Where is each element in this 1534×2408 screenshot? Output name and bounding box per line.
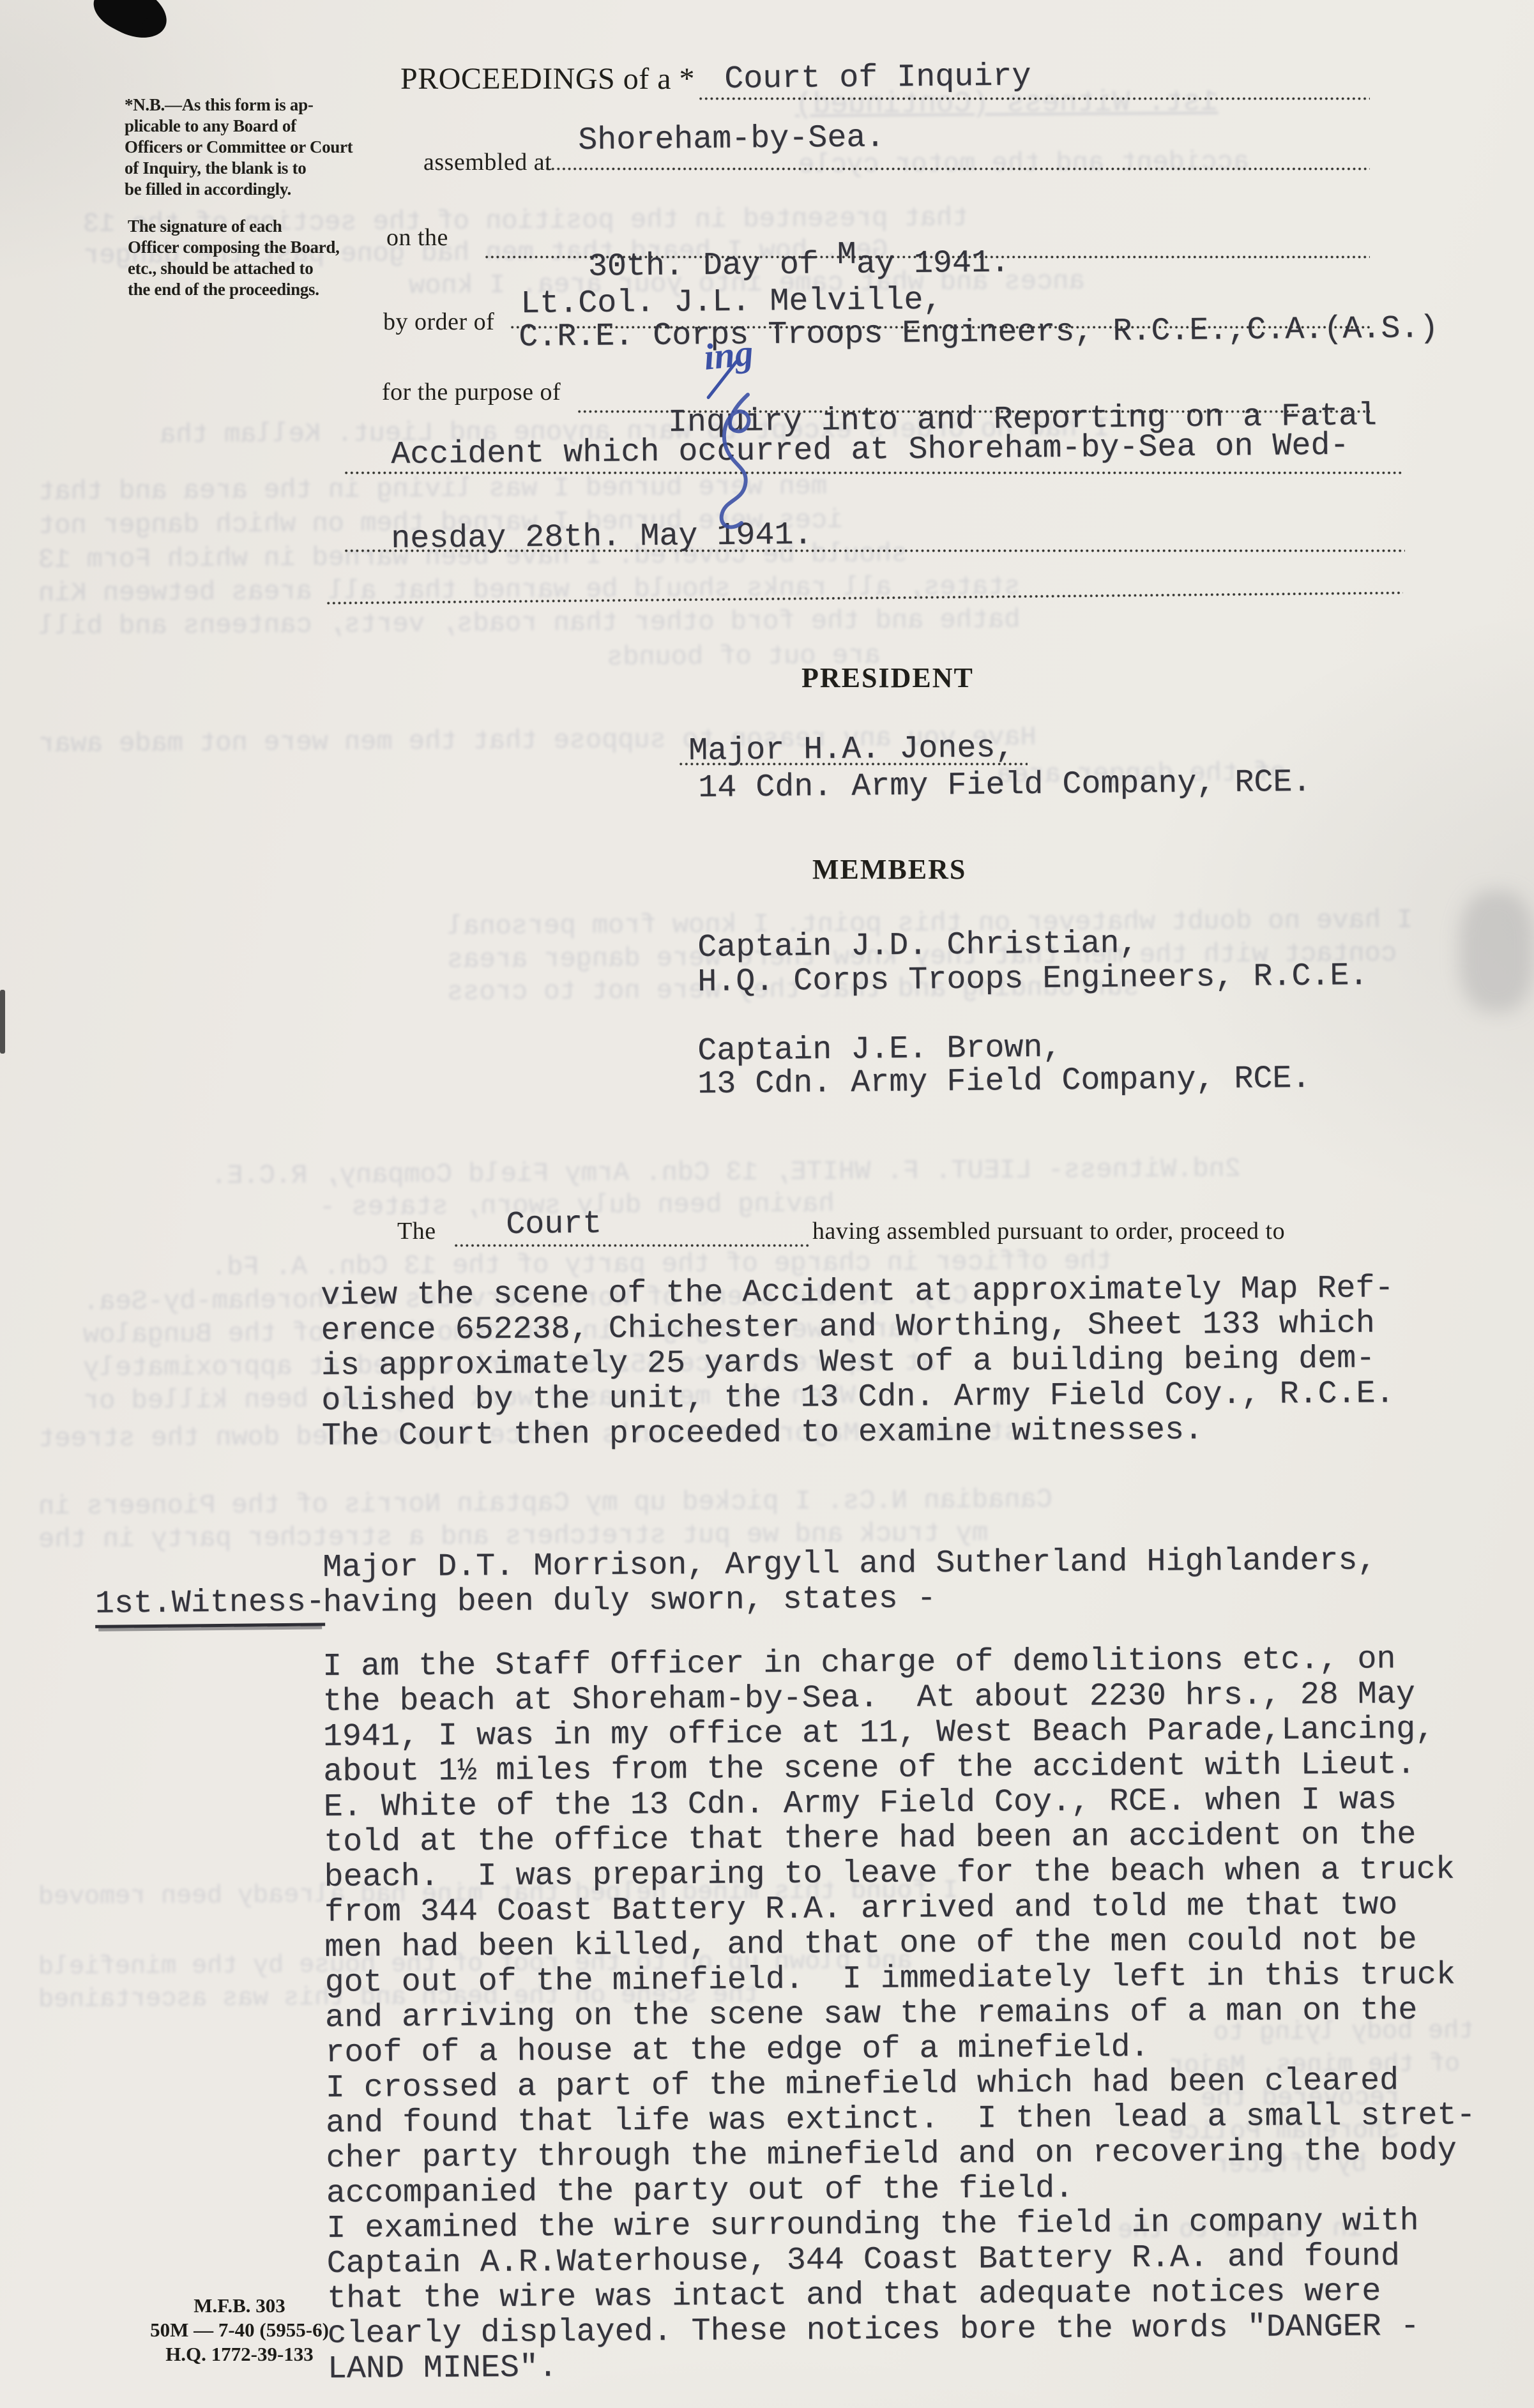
text-line: olished by the unit, the 13 Cdn. Army Fi… — [321, 1376, 1395, 1419]
text-line: M.F.B. 303 — [131, 2294, 348, 2318]
dotted-rule-assembled — [546, 167, 1370, 170]
text-line: having been duly sworn, states - — [323, 1578, 1377, 1621]
text-line: etc., should be attached to — [128, 258, 421, 279]
text-line: The signature of each — [128, 216, 421, 237]
nb-margin-note: *N.B.—As this form is ap-plicable to any… — [125, 95, 418, 200]
typed-assembled-location: Shoreham-by-Sea. — [578, 119, 885, 159]
text-line: be filled in accordingly. — [125, 179, 418, 200]
text-line: 50M — 7-40 (5955-6) — [131, 2318, 348, 2342]
typed-member2-unit: 13 Cdn. Army Field Company, RCE. — [697, 1061, 1311, 1103]
assembled-at-label: assembled at — [423, 148, 552, 176]
ghost-text-line: bathe and the ford other than roads, ver… — [38, 605, 1021, 642]
text-line: cher party through the minefield and on … — [326, 2133, 1476, 2176]
ghost-text-line: Canadian N.Cs. I picked up my Captain No… — [38, 1484, 1052, 1522]
date-text: 30th. Day of — [588, 246, 838, 285]
dotted-rule-title — [699, 97, 1370, 100]
typed-inquiry-type: Court of Inquiry — [724, 58, 1031, 98]
text-line: of Inquiry, the blank is to — [125, 158, 418, 179]
text-line: Officer composing the Board, — [128, 237, 421, 258]
purpose-label: for the purpose of — [382, 378, 561, 406]
ghost-text-line: states, all ranks should be warned that … — [38, 572, 1021, 609]
dotted-rule-court — [455, 1244, 811, 1247]
form-title-prefix: PROCEEDINGS of a * — [400, 61, 695, 96]
members-heading: MEMBERS — [812, 853, 966, 886]
on-the-label: on the — [386, 223, 448, 252]
left-edge-mark — [0, 990, 5, 1054]
text-line: Officers or Committee or Court — [125, 137, 418, 158]
court-row-the: The — [397, 1217, 436, 1245]
signature-margin-note: The signature of eachOfficer composing t… — [128, 216, 421, 300]
text-line: *N.B.—As this form is ap- — [125, 95, 418, 116]
witness-label-text: 1st.Witness- — [95, 1584, 326, 1628]
ghost-text-line: 2nd.Witness- LIEUT. F. WHITE, 13 Cdn. Ar… — [211, 1153, 1241, 1191]
typed-court-value: Court — [506, 1206, 602, 1243]
typed-president-name: Major H.A. Jones, — [688, 730, 1015, 769]
text-line: H.Q. 1772-39-133 — [131, 2342, 348, 2366]
witness-label: 1st.Witness- — [18, 1547, 326, 1660]
form-footer-imprint: M.F.B. 30350M — 7-40 (5955-6)H.Q. 1772-3… — [131, 2294, 348, 2366]
handwritten-initials — [687, 391, 795, 538]
text-line: clearly displayed. These notices bore th… — [327, 2308, 1477, 2352]
court-row-rest: having assembled pursuant to order, proc… — [812, 1217, 1285, 1245]
witness-testimony: I am the Staff Officer in charge of demo… — [323, 1641, 1477, 2387]
date-text-end: ay 1941. — [856, 245, 1010, 283]
court-paragraph: view the scene of the Accident at approx… — [321, 1271, 1395, 1454]
text-line: The Court then proceeded to examine witn… — [322, 1411, 1395, 1454]
text-line: plicable to any Board of — [125, 116, 418, 137]
typed-member1-unit: H.Q. Corps Troops Engineers, R.C.E. — [697, 958, 1369, 1001]
text-line: the end of the proceedings. — [128, 279, 421, 300]
by-order-label: by order of — [383, 308, 494, 336]
witness-intro: Major D.T. Morrison, Argyll and Sutherla… — [323, 1543, 1377, 1621]
date-raised-m: M — [837, 237, 856, 273]
scanned-document-page: 1st. Witness (Continued)accident and the… — [0, 0, 1534, 2408]
typed-president-unit: 14 Cdn. Army Field Company, RCE. — [698, 764, 1312, 806]
president-heading: PRESIDENT — [801, 662, 974, 694]
text-line: and arriving on the scene saw the remain… — [325, 1992, 1475, 2036]
right-edge-smudge — [1459, 891, 1534, 1012]
text-line: Major D.T. Morrison, Argyll and Sutherla… — [323, 1543, 1377, 1586]
